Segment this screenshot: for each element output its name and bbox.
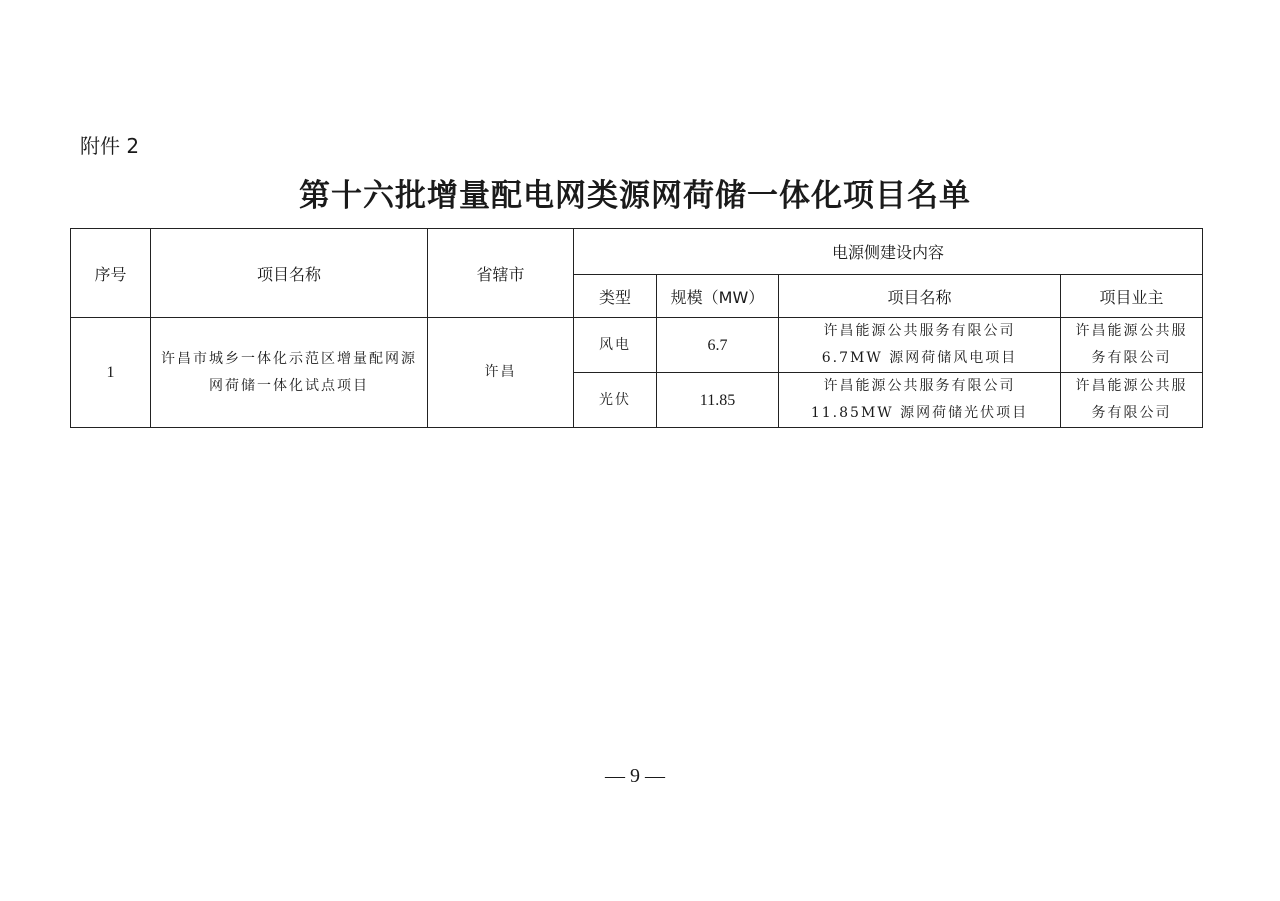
header-sub-project-name: 项目名称 — [779, 275, 1061, 318]
header-index: 序号 — [71, 229, 151, 318]
header-scale: 规模（MW） — [657, 275, 779, 318]
header-type: 类型 — [574, 275, 657, 318]
project-list-table: 序号 项目名称 省辖市 电源侧建设内容 类型 规模（MW） 项目名称 项目业主 … — [70, 228, 1203, 428]
cell-index: 1 — [71, 318, 151, 428]
header-owner: 项目业主 — [1061, 275, 1203, 318]
header-power-side-group: 电源侧建设内容 — [574, 229, 1203, 275]
header-project-name: 项目名称 — [151, 229, 428, 318]
cell-owner: 许昌能源公共服务有限公司 — [1061, 318, 1203, 373]
cell-city: 许昌 — [428, 318, 574, 428]
cell-scale: 11.85 — [657, 373, 779, 428]
header-city: 省辖市 — [428, 229, 574, 318]
table-row: 1 许昌市城乡一体化示范区增量配网源网荷储一体化试点项目 许昌 风电 6.7 许… — [71, 318, 1203, 373]
cell-type: 光伏 — [574, 373, 657, 428]
cell-project-name: 许昌市城乡一体化示范区增量配网源网荷储一体化试点项目 — [151, 318, 428, 428]
cell-sub-project-name: 许昌能源公共服务有限公司11.85MW 源网荷储光伏项目 — [779, 373, 1061, 428]
attachment-label: 附件 2 — [80, 130, 139, 159]
cell-owner: 许昌能源公共服务有限公司 — [1061, 373, 1203, 428]
page-number: — 9 — — [0, 765, 1270, 788]
cell-sub-project-name: 许昌能源公共服务有限公司6.7MW 源网荷储风电项目 — [779, 318, 1061, 373]
cell-scale: 6.7 — [657, 318, 779, 373]
document-title: 第十六批增量配电网类源网荷储一体化项目名单 — [0, 170, 1270, 215]
cell-type: 风电 — [574, 318, 657, 373]
